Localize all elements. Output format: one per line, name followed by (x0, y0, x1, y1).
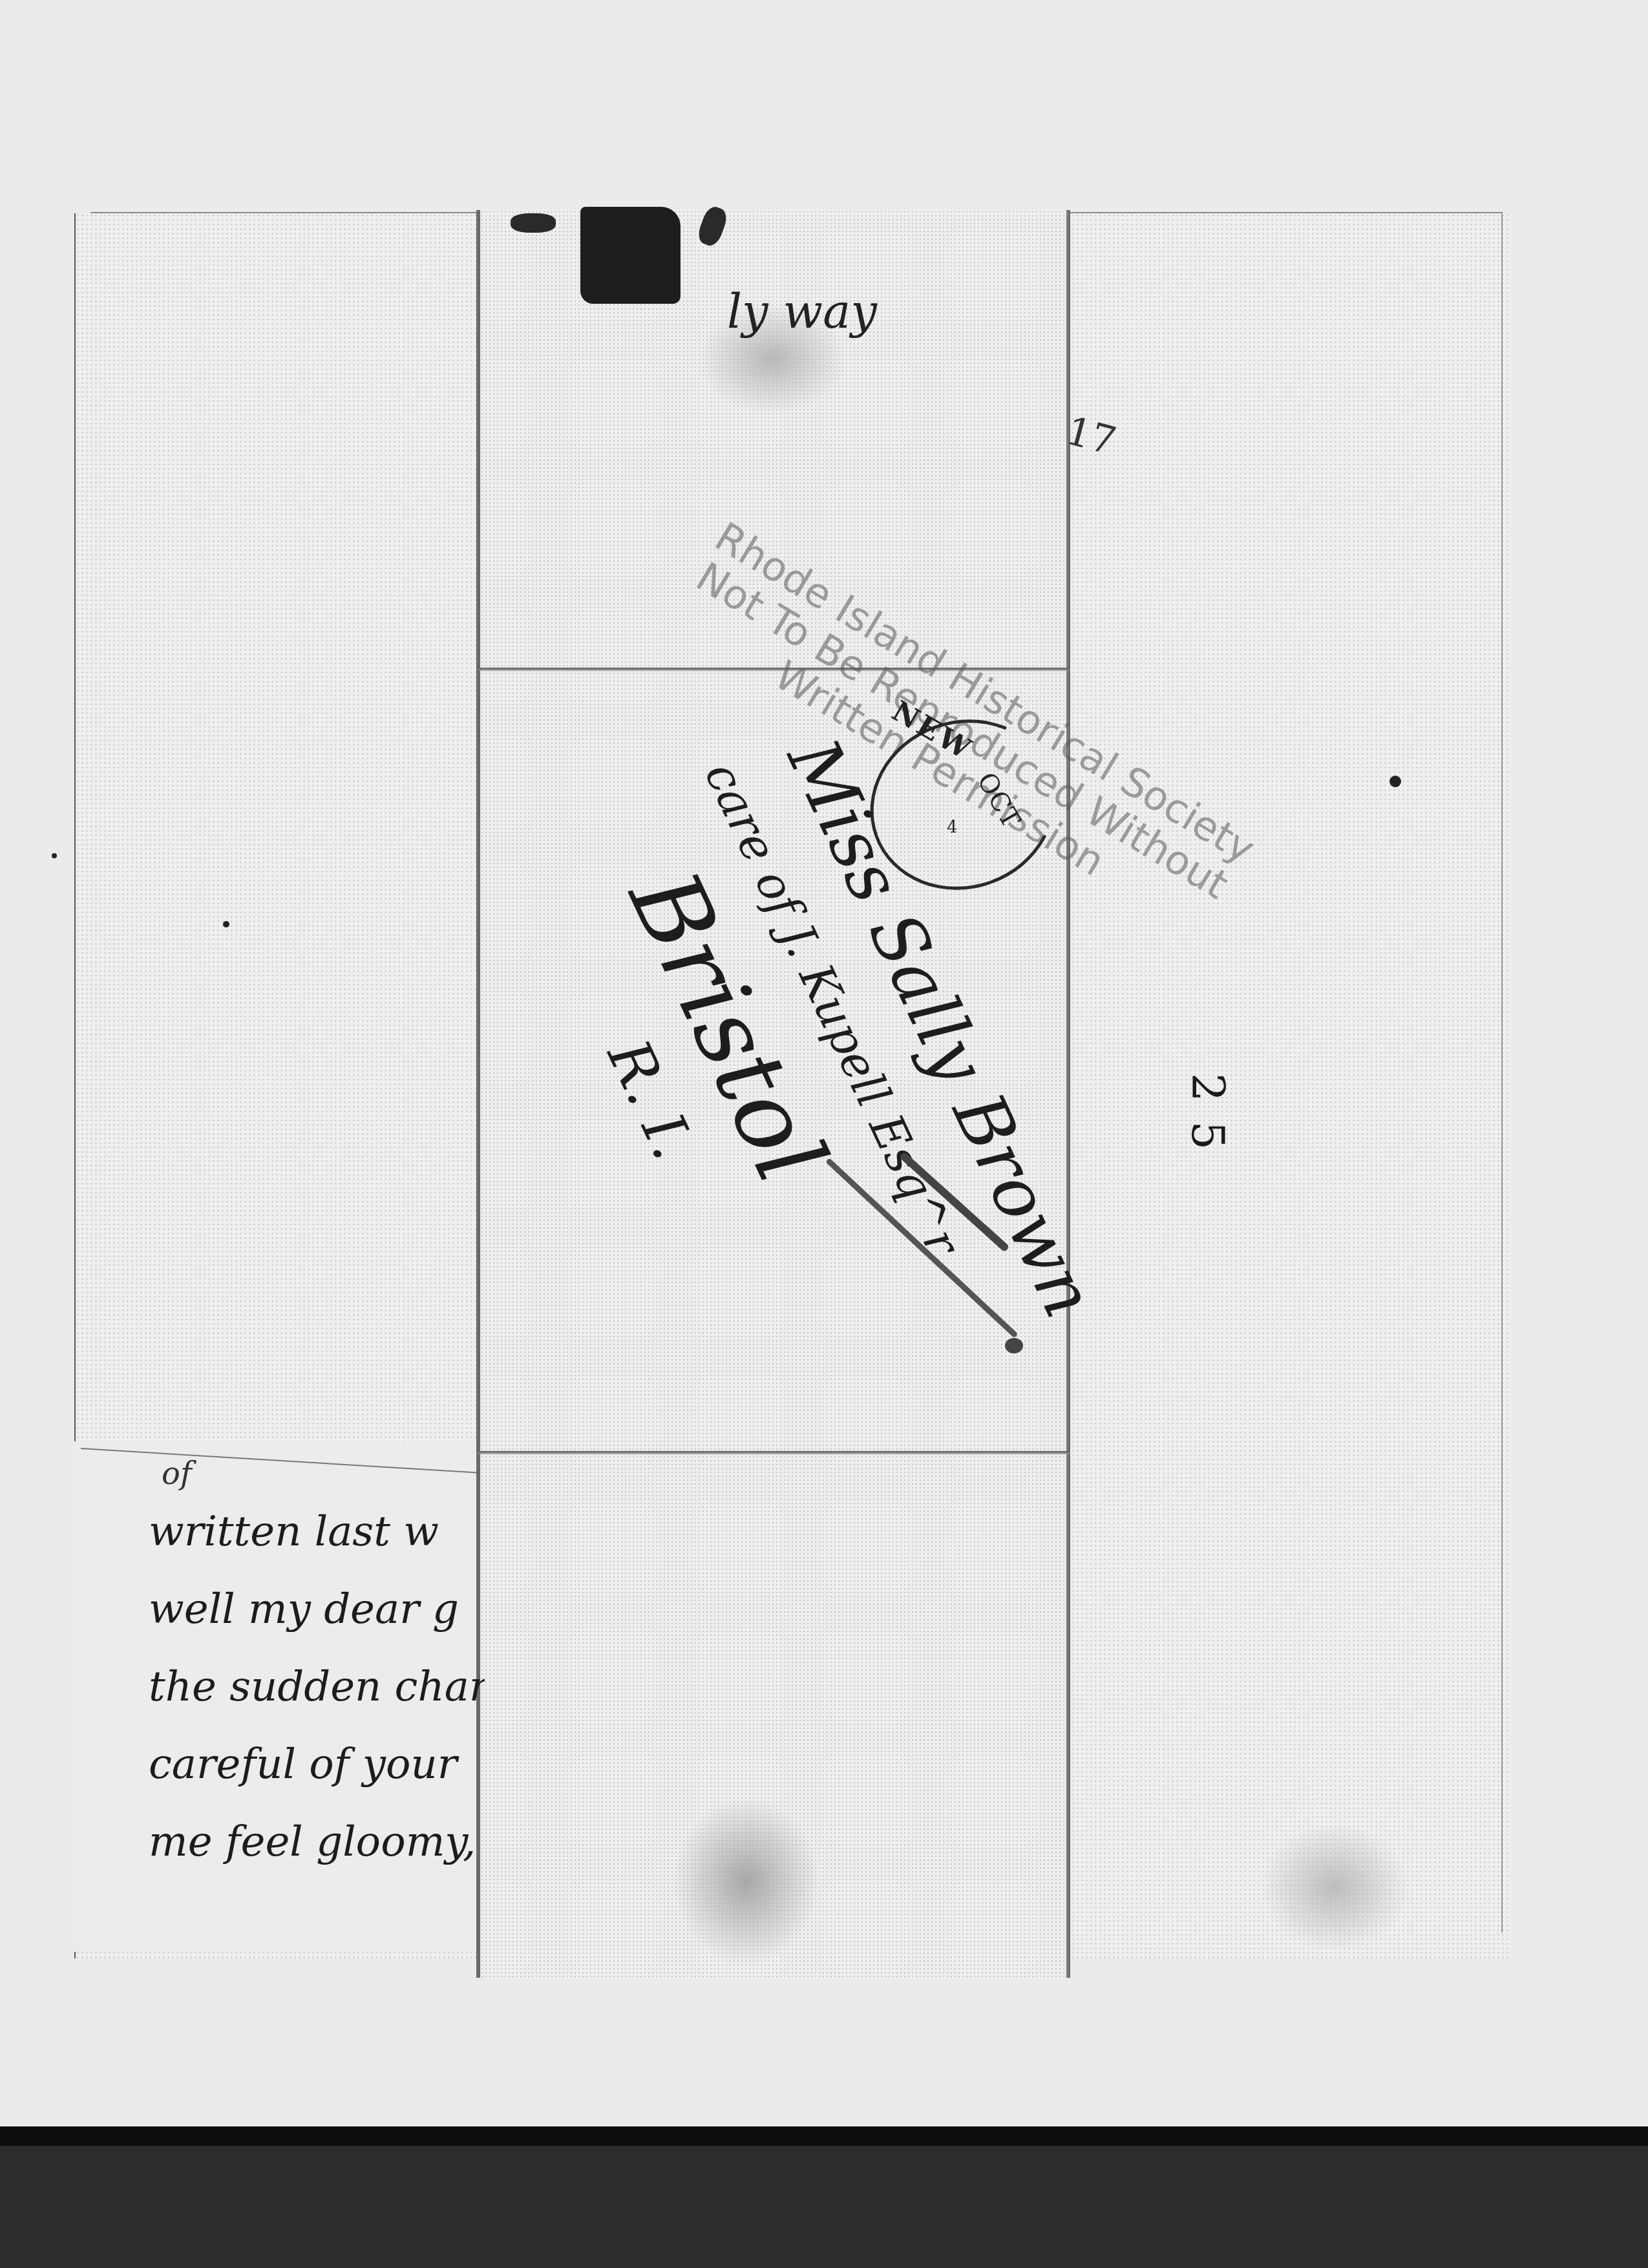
ink-blot (1005, 1338, 1023, 1353)
letter-line: well my dear g (149, 1571, 485, 1648)
postmark-day: 4 (947, 818, 958, 837)
letter-line: of (162, 1454, 485, 1493)
scanner-edge-band (0, 2126, 1648, 2146)
bleed-through-marks: 25 (1181, 1073, 1234, 1169)
letter-excerpt: of written last w well my dear g the sud… (149, 1454, 485, 1881)
letter-line: careful of your (149, 1726, 485, 1803)
fold-line-right (1066, 210, 1069, 1978)
wax-seal-residue-right (1260, 1823, 1409, 1952)
ink-spot (223, 921, 229, 927)
ink-spot (1389, 776, 1401, 787)
letter-line: me feel gloomy, (149, 1803, 485, 1881)
ink-smudge (511, 213, 556, 233)
sheet-right-edge (1501, 213, 1503, 1933)
scanner-bed (0, 2146, 1648, 2268)
wax-seal-residue-bottom (672, 1797, 821, 1965)
letter-line: the sudden chan (149, 1648, 485, 1726)
ink-spot (52, 853, 57, 858)
wax-seal-blot (580, 207, 681, 304)
letter-line: written last w (149, 1493, 485, 1571)
top-text-fragment: ly way (727, 284, 877, 339)
